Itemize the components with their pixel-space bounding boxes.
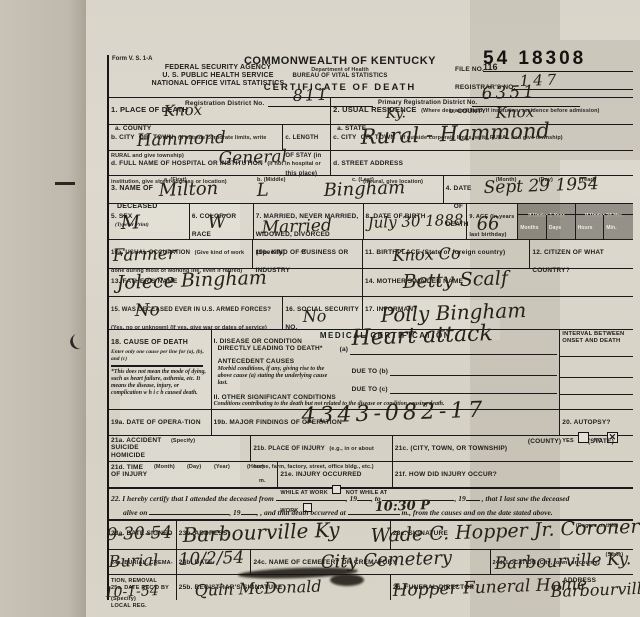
time-of-death-value: 10:30 P <box>374 498 430 515</box>
field-signature: 23c. SIGNATURE (Degree or title) Wade C.… <box>391 521 633 549</box>
industry-value: ″ <box>301 246 308 265</box>
field-length-of-stay: c. LENGTH OF STAY (in this place) <box>283 125 331 150</box>
res-county-label: b. COUNTY <box>449 108 486 115</box>
toi-year: (Year) <box>214 464 230 470</box>
mothers-name-value: Betty Scalf <box>402 267 508 293</box>
burial-date-value: 10/2/54 <box>178 548 244 570</box>
line-a-label: (a) <box>340 346 349 353</box>
margin-dash-mark <box>55 182 75 185</box>
dob-value: July 30 1888 <box>367 211 463 232</box>
signature-value: Wade C. Hopper Jr. Coroner <box>370 516 640 547</box>
fathers-name-value: Jolece Bingham <box>116 267 267 294</box>
county-value: Knox <box>163 101 202 120</box>
field-burial: 24a. BURIAL, CREMA-TION, REMOVAL (Specif… <box>109 550 177 574</box>
field-time-of-injury: 21d. TIME OF INJURY (Month) (Day) (Year)… <box>109 462 278 487</box>
state-value: Ky. <box>386 105 407 122</box>
row-12: 21d. TIME OF INJURY (Month) (Day) (Year)… <box>109 462 633 488</box>
row-1: 1. PLACE OF DEATH a. COUNTY Knox 2. USUA… <box>109 98 633 125</box>
field-birthplace: 11. BIRTHPLACE (State or foreign country… <box>363 240 530 268</box>
certify-blank-2 <box>357 492 371 501</box>
field-burial-date: 24b. DATE 10/2/54 <box>177 550 252 574</box>
field-place-of-death: 1. PLACE OF DEATH a. COUNTY Knox <box>109 98 331 124</box>
field-res-city: c. CITY OR TOWN (If outside corporate li… <box>331 125 633 150</box>
certify-line1a: 22. I hereby certify that I attended the… <box>111 494 274 503</box>
injury-state-label: (STATE) <box>588 438 614 445</box>
field-ssn: 16. SOCIAL SECURITY NO. No <box>283 297 363 329</box>
field-date-of-operation: 19a. DATE OF OPERA-TION <box>109 410 212 435</box>
certificate-grid: 1. PLACE OF DEATH a. COUNTY Knox 2. USUA… <box>107 97 633 600</box>
interval-rule-3 <box>560 394 633 395</box>
injury-city-label: 21c. (CITY, TOWN, OR TOWNSHIP) <box>395 445 507 452</box>
place-of-injury-label: 21b. PLACE OF INJURY <box>253 446 324 452</box>
file-no-label: FILE NO. <box>455 66 484 73</box>
line-c-rule <box>390 393 558 394</box>
cause-a-value: Heart attack <box>351 321 493 351</box>
field-funeral-director: 26. FUNERAL DIRECTOR ADDRESS Hopper Fune… <box>391 575 633 600</box>
hours-label: Hours <box>578 225 593 231</box>
field-certify-statement: 22. I hereby certify that I attended the… <box>109 489 633 519</box>
time-of-injury-label: 21d. TIME OF INJURY <box>111 464 149 479</box>
bureau-line: BUREAU OF VITAL STATISTICS <box>240 73 440 80</box>
certify-blank-1 <box>276 492 346 501</box>
scanned-death-certificate: Form V. S. 1-A FEDERAL SECURITY AGENCY U… <box>0 0 640 617</box>
certify-19-3: 19 <box>233 508 241 517</box>
antecedent-note: Morbid conditions, if any, giving rise t… <box>218 366 338 388</box>
toi-month: (Month) <box>154 464 175 470</box>
marital-value: Married <box>261 216 332 238</box>
line-b-rule <box>390 375 558 376</box>
field-date-of-birth: 8. DATE OF BIRTH July 30 1888 <box>364 204 468 239</box>
major-findings-value: 4343-082-17 <box>301 398 487 429</box>
field-color-race: 6. COLOR OR RACE W <box>190 204 254 239</box>
field-signer-address: 23b. ADDRESS Barbourville Ky <box>177 521 391 549</box>
due-to-b-label: DUE TO (b) <box>352 368 389 375</box>
certify-blank-4 <box>466 492 480 501</box>
dod-value: Sept 29 1954 <box>483 174 599 198</box>
field-marital-status: 7. MARRIED, NEVER MARRIED, WIDOWED, DIVO… <box>254 204 364 239</box>
toi-hour: (Hour) <box>247 464 264 470</box>
cause-note-2: *This does not mean the mode of dying, s… <box>111 369 209 397</box>
cause-note-1: Enter only one cause per line for (a), (… <box>111 349 209 362</box>
ink-smear <box>330 574 364 586</box>
signer-address-value: Barbourville Ky <box>182 518 340 547</box>
months-label: Months <box>520 225 538 231</box>
how-injury-label: 21f. HOW DID INJURY OCCUR? <box>395 471 497 478</box>
color-race-value: W <box>207 211 226 233</box>
burial-location-value: Barbourville Ky. <box>494 549 631 574</box>
dod-label-1: 4. DATE <box>446 185 472 192</box>
injury-county-label: (COUNTY) <box>528 438 561 445</box>
field-industry: 10b. KIND OF BUSINESS OR INDUSTRY ″ <box>253 240 363 268</box>
hospital-value: General <box>218 147 287 169</box>
form-number: Form V. S. 1-A <box>112 56 152 62</box>
row-5: 5. SEX M 6. COLOR OR RACE W 7. MARRIED, … <box>109 204 633 240</box>
title-block: COMMONWEALTH OF KENTUCKY Department of H… <box>240 55 440 93</box>
res-city-value: Rural - Hammond <box>360 118 550 149</box>
occupation-value: Farmer <box>112 244 176 266</box>
injury-occurred-label: 21e. INJURY OCCURRED <box>280 471 361 478</box>
field-injury-occurred: 21e. INJURY OCCURRED WHILE AT WORK NOT W… <box>278 462 393 487</box>
date-recd-value: 10-1-54 <box>104 583 159 601</box>
field-hospital: d. FULL NAME OF HOSPITAL OR INSTITUTION … <box>109 151 331 175</box>
line-a-rule <box>350 354 558 355</box>
form-left-rule <box>107 55 109 97</box>
date-of-operation-label: 19a. DATE OF OPERA-TION <box>111 419 201 426</box>
funeral-address-value: Barbourville Ky <box>550 578 640 601</box>
stamp-number: 54 18308 <box>483 48 586 70</box>
age-value: 66 <box>477 213 501 235</box>
last-name-value: Bingham <box>323 177 405 201</box>
antecedent-label: ANTECEDENT CAUSES <box>218 358 295 365</box>
field-autopsy: 20. AUTOPSY? YES NO ✕ <box>560 410 633 435</box>
field-sex: 5. SEX M <box>109 204 190 239</box>
field-date-recd: 25a. DATE REC'D BY LOCAL REG. 10-1-54 <box>109 575 177 600</box>
field-age: 9. AGE (In years last birthday) 66 <box>467 204 518 239</box>
row-11: 21a. ACCIDENT SUICIDE HOMICIDE (Specify)… <box>109 436 633 462</box>
row-6: 10a. USUAL OCCUPATION (Give kind of work… <box>109 240 633 269</box>
row-16: 25a. DATE REC'D BY LOCAL REG. 10-1-54 25… <box>109 575 633 600</box>
field-injury-location: 21c. (CITY, TOWN, OR TOWNSHIP) (COUNTY) … <box>393 436 633 461</box>
toi-day: (Day) <box>187 464 201 470</box>
row-3: d. FULL NAME OF HOSPITAL OR INSTITUTION … <box>109 151 633 176</box>
ssn-value: No <box>303 306 327 326</box>
row-10: 19a. DATE OF OPERA-TION 19b. MAJOR FINDI… <box>109 410 633 436</box>
field-name-of-deceased: 3. NAME OF DECEASED (Type or Print) a. (… <box>109 176 444 203</box>
field-accident-suicide: 21a. ACCIDENT SUICIDE HOMICIDE (Specify) <box>109 436 251 461</box>
accident-paren: (Specify) <box>171 438 195 444</box>
name-label-1: 3. NAME OF <box>111 185 153 192</box>
row-9: 18. CAUSE OF DEATH Enter only one cause … <box>109 330 633 410</box>
field-medical-certification: MEDICAL CERTIFICATION I. DISEASE OR COND… <box>212 330 561 409</box>
disease-condition-label-2: DIRECTLY LEADING TO DEATH* <box>218 345 338 352</box>
certify-line2a: alive on <box>123 508 147 517</box>
field-fathers-name: 13. FATHER'S NAME Jolece Bingham <box>109 269 363 296</box>
city-value: Hammond <box>136 128 226 151</box>
row-4: 3. NAME OF DECEASED (Type or Print) a. (… <box>109 176 633 204</box>
first-name-value: Milton <box>158 178 218 201</box>
interval-rule-1 <box>560 356 633 357</box>
field-interval: INTERVAL BETWEEN ONSET AND DEATH <box>560 330 633 409</box>
field-burial-location: 24d. LOCATION (City, town, or county) (S… <box>491 550 633 574</box>
certify-19-1: 19 <box>350 494 358 503</box>
certificate-title: CERTIFICATE OF DEATH <box>240 82 440 93</box>
scan-left-margin <box>0 0 86 617</box>
field-cause-of-death-notes: 18. CAUSE OF DEATH Enter only one cause … <box>109 330 212 409</box>
date-signed-value: 9-30-54 <box>106 523 172 545</box>
field-city-of-death: b. CITY OR TOWN (If outside corporate li… <box>109 125 283 150</box>
min-label: Min. <box>606 225 616 231</box>
row-15: 24a. BURIAL, CREMA-TION, REMOVAL (Specif… <box>109 550 633 575</box>
toi-m: m. <box>259 478 266 484</box>
autopsy-label: 20. AUTOPSY? <box>562 419 610 426</box>
field-place-of-injury: 21b. PLACE OF INJURY (e.g., in or about … <box>251 436 392 461</box>
middle-name-value: L <box>256 180 269 201</box>
registrar-signature-value: Quin McDonald <box>194 577 322 600</box>
field-date-signed: 23a. DATE SIGNED 9-30-54 <box>109 521 177 549</box>
sex-value: M <box>120 211 140 234</box>
field-citizen: 12. CITIZEN OF WHAT COUNTRY? <box>530 240 633 268</box>
certify-19-2: 19 <box>458 494 466 503</box>
field-date-of-death: 4. DATE OF DEATH (Month) (Day) (Year) Se… <box>444 176 633 203</box>
street-address-label: d. STREET ADDRESS <box>333 160 403 167</box>
cause-of-death-label: 18. CAUSE OF DEATH <box>111 339 188 346</box>
due-to-c-label: DUE TO (c) <box>352 386 388 393</box>
birthplace-value: Knox Co <box>392 244 460 265</box>
field-street-address: d. STREET ADDRESS (If rural, give locati… <box>331 151 633 175</box>
field-occupation: 10a. USUAL OCCUPATION (Give kind of work… <box>109 240 253 268</box>
interval-label: INTERVAL BETWEEN ONSET AND DEATH <box>562 331 631 344</box>
armed-forces-value: No <box>134 300 160 321</box>
accident-label: 21a. ACCIDENT SUICIDE HOMICIDE <box>111 437 166 459</box>
commonwealth-title: COMMONWEALTH OF KENTUCKY <box>240 55 440 67</box>
row-13: 22. I hereby certify that I attended the… <box>109 488 633 521</box>
row-7: 13. FATHER'S NAME Jolece Bingham 14. MOT… <box>109 269 633 297</box>
certify-line1e: , that I last saw the deceased <box>482 494 570 503</box>
field-under-one-year: If Under 1 Year If Under 24 Hrs. Months … <box>518 204 633 239</box>
burial-value: Burial <box>108 550 158 571</box>
interval-rule-2 <box>560 377 633 378</box>
certify-blank-5 <box>149 506 229 515</box>
field-major-findings: 19b. MAJOR FINDINGS OF OPERATION 4343-08… <box>212 410 561 435</box>
certify-blank-6 <box>241 506 257 515</box>
days-label: Days <box>549 225 561 231</box>
row-14: 23a. DATE SIGNED 9-30-54 23b. ADDRESS Ba… <box>109 521 633 550</box>
field-mothers-name: 14. MOTHER'S MAIDEN NAME Betty Scalf <box>363 269 633 296</box>
certify-line2c: , and that death occurred at <box>260 508 345 517</box>
field-how-injury: 21f. HOW DID INJURY OCCUR? <box>393 462 633 487</box>
field-armed-forces: 15. WAS DECEASED EVER IN U.S. ARMED FORC… <box>109 297 283 329</box>
row-2: b. CITY OR TOWN (If outside corporate li… <box>109 125 633 151</box>
